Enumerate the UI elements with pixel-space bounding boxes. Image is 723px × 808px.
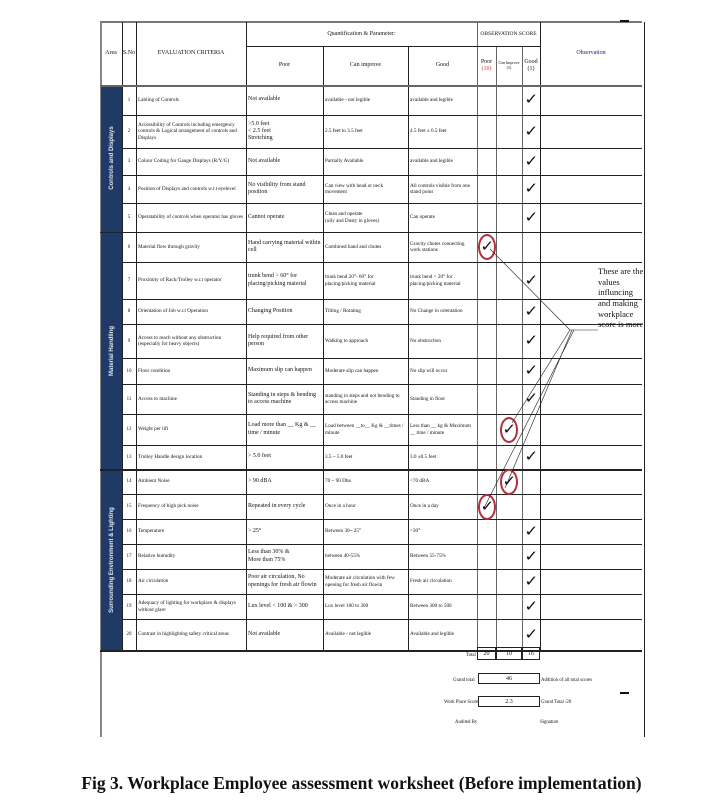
row-can-improve-value: trunk bend 20°- 60° for placing/picking … [323,262,408,299]
row-good-value: 3.0 ±0.5 feet [408,445,477,469]
row-criteria: Position of Displays and controls w.r.t … [136,175,246,203]
checkmark-icon: ✓ [524,92,538,107]
checkmark-icon: ✓ [524,449,538,464]
score-poor-label: Poor [481,59,492,66]
row-sno: 13 [122,445,136,469]
row-criteria: Trolley Handle design location [136,445,246,469]
row-poor-value: trunk bend > 60° for placing/picking mat… [246,262,323,299]
row-good-value: Gravity chutes connecting work stations [408,232,477,262]
highlight-circle [478,234,496,260]
audited-by-label: Audited By [455,720,477,725]
row-sno: 7 [122,262,136,299]
row-good-value: available and legible [408,85,477,115]
area-label-environment: Surrounding Environment & Lighting [109,480,115,640]
row-can-improve-value: Clean and operate (oily and Dusty in glo… [323,203,408,232]
header-score-can: Can Improve (5) [496,46,522,85]
checkmark-icon: ✓ [524,333,538,348]
row-criteria: Frequency of high pick noise [136,494,246,519]
row-can-improve-value: Lux level 100 to 300 [323,594,408,619]
row-poor-value: Maximum slip can happen [246,358,323,384]
row-can-improve-value: Moderate slip can happen [323,358,408,384]
row-sno: 18 [122,569,136,594]
row-sno: 6 [122,232,136,262]
header-score-poor: Poor (10) [477,46,496,85]
row-poor-value: > 25° [246,519,323,544]
checkmark-icon: ✓ [524,273,538,288]
row-poor-value: Changing Position [246,299,323,324]
row-can-improve-value: Combined hand and chutes [323,232,408,262]
row-can-improve-value: Available - not legible [323,619,408,650]
row-criteria: Relative humidity [136,544,246,569]
row-poor-value: Cannot operate [246,203,323,232]
grid-vline [540,22,541,650]
row-sno: 1 [122,85,136,115]
row-poor-value: Help required from other person [246,324,323,358]
row-sno: 10 [122,358,136,384]
row-poor-value: Standing in steps & bending to access ma… [246,384,323,414]
area-label-material: Material Handling [109,301,115,401]
row-good-value: Can operate [408,203,477,232]
row-poor-value: >5.0 feet < 2.5 feet Stretching [246,115,323,148]
checkmark-icon: ✓ [524,210,538,225]
checkmark-icon: ✓ [524,363,538,378]
row-good-value: Fresh air circulation [408,569,477,594]
row-poor-value: > 5.0 feet [246,445,323,469]
highlight-circle [500,469,518,495]
grid-vline [477,22,478,660]
grand-total-label: Grand total [453,678,475,683]
header-good: Good [408,46,477,85]
highlight-circle [500,417,518,443]
checkmark-icon: ✓ [524,524,538,539]
row-sno: 15 [122,494,136,519]
row-good-value: <70 dBA [408,469,477,494]
row-can-improve-value: Load between __to__ Kg & __times / minut… [323,414,408,445]
checkmark-icon: ✓ [524,181,538,196]
header-poor: Poor [246,46,323,85]
total-good: 16 [522,647,540,660]
grand-total-note: Addition of all total scores [541,678,592,683]
row-good-value: No Change in orientation [408,299,477,324]
header-can-improve: Can improve [323,46,408,85]
header-observation: Observation [540,22,642,85]
row-criteria: Orientation of Job w.r.t Operation [136,299,246,324]
row-can-improve-value: Tilting / Rotating [323,299,408,324]
row-can-improve-value: Partially Available [323,148,408,175]
row-poor-value: Hand carrying material within cell [246,232,323,262]
checkmark-icon: ✓ [524,574,538,589]
row-criteria: Contrast in highlighting safety critical… [136,619,246,650]
row-good-value: All controls visible from one stand poin… [408,175,477,203]
grid-hline [246,46,540,47]
figure-caption: Fig 3. Workplace Employee assessment wor… [0,773,723,794]
row-poor-value: Repeated in every cycle [246,494,323,519]
row-criteria: Colour Coding for Gauge Displays (R/Y/G) [136,148,246,175]
row-can-improve-value: 70 ~ 90 Dba [323,469,408,494]
score-good-label: Good [524,59,537,66]
row-sno: 9 [122,324,136,358]
row-good-value: No slip will occur [408,358,477,384]
row-poor-value: > 90 dBA [246,469,323,494]
row-sno: 20 [122,619,136,650]
header-quantification: Quantification & Parameter: [246,22,477,46]
row-good-value: available and legible [408,148,477,175]
row-good-value: Between 300 to 500 [408,594,477,619]
row-can-improve-value: between 40-55% [323,544,408,569]
row-criteria: Adequacy of lighting for workplace & dis… [136,594,246,619]
checkmark-icon: ✓ [524,124,538,139]
annotation-note: These are the values influncing and maki… [598,266,646,330]
row-poor-value: Poor air circulation, No openings for fr… [246,569,323,594]
row-criteria: Access to machine [136,384,246,414]
row-can-improve-value: 2.5 feet to 3.5 feet [323,115,408,148]
checkmark-icon: ✓ [524,154,538,169]
grand-total-value: 46 [478,673,540,684]
grid-vline [522,46,523,660]
grid-vline [496,46,497,660]
score-can-points: (5) [507,66,512,70]
total-label: Total [466,653,476,658]
row-poor-value: Not available [246,85,323,115]
row-sno: 14 [122,469,136,494]
checkmark-icon: ✓ [524,391,538,406]
total-poor: 20 [477,647,496,660]
checkmark-icon: ✓ [524,304,538,319]
page-mark-top [620,20,629,22]
checkmark-icon: ✓ [524,627,538,642]
checkmark-icon: ✓ [524,599,538,614]
row-poor-value: No visibility from stand position [246,175,323,203]
checkmark-icon: ✓ [524,549,538,564]
row-good-value: Standing in floor [408,384,477,414]
row-can-improve-value: Walking to approach [323,324,408,358]
row-criteria: Air circulation [136,569,246,594]
page-mark-bottom [620,692,629,694]
row-criteria: Floor condition [136,358,246,384]
score-poor-points: (10) [482,66,492,73]
workplace-score-note: Grand Total /20 [541,700,571,705]
row-sno: 16 [122,519,136,544]
total-can-improve: 10 [496,647,522,660]
row-criteria: Weight per lift [136,414,246,445]
row-good-value: No obstruction [408,324,477,358]
row-sno: 3 [122,148,136,175]
row-good-value: Less than __ kg & Maximum __ time / minu… [408,414,477,445]
header-score-good: Good (1) [522,46,540,85]
header-area: Area [100,22,122,85]
area-label-controls: Controls and Displays [109,108,115,208]
row-sno: 11 [122,384,136,414]
row-can-improve-value: Moderate air circulation with few openin… [323,569,408,594]
row-criteria: Material flow through gravity [136,232,246,262]
row-can-improve-value: Once in a hour [323,494,408,519]
row-sno: 12 [122,414,136,445]
row-criteria: Accessibility of Controls including emer… [136,115,246,148]
row-sno: 4 [122,175,136,203]
row-criteria: Access to reach without any obstruction … [136,324,246,358]
row-poor-value: Load more than __ Kg & __ time / minute [246,414,323,445]
row-good-value: Once in a day [408,494,477,519]
row-criteria: Operatability of controls when operator … [136,203,246,232]
row-poor-value: Not available [246,148,323,175]
row-can-improve-value: 3.5 ~ 5.0 feet [323,445,408,469]
row-criteria: Proximity of Rack/Trolley w.r.t operator [136,262,246,299]
row-can-improve-value: available - not legible [323,85,408,115]
row-poor-value: Less than 30% & More than 75% [246,544,323,569]
grid-hline [100,650,642,652]
signature-label: Signature [540,720,558,725]
header-sno: S.No [122,22,136,85]
row-good-value: <30° [408,519,477,544]
row-good-value: Available and legible [408,619,477,650]
workplace-score-value: 2.3 [478,696,540,707]
row-good-value: Between 55-75% [408,544,477,569]
row-criteria: Labling of Controls [136,85,246,115]
row-poor-value: Lux level < 100 & > 300 [246,594,323,619]
row-poor-value: Not available [246,619,323,650]
row-good-value: trunk bend < 20° for placing/picking mat… [408,262,477,299]
row-criteria: Ambient Noise [136,469,246,494]
row-can-improve-value: Between 30~ 25° [323,519,408,544]
header-criteria: EVALUATION CRITERIA [136,22,246,85]
row-can-improve-value: Can view with head or neck movement [323,175,408,203]
header-observation-score: OBSERVATION SCORE [477,22,540,46]
row-criteria: Temperature [136,519,246,544]
row-sno: 19 [122,594,136,619]
row-sno: 17 [122,544,136,569]
row-sno: 8 [122,299,136,324]
workplace-score-label: Work Place Score [444,700,478,705]
row-can-improve-value: standing in steps and not bending to acc… [323,384,408,414]
row-good-value: 4.5 feet ± 0.5 feet [408,115,477,148]
row-sno: 2 [122,115,136,148]
score-good-points: (1) [528,66,535,73]
row-sno: 5 [122,203,136,232]
highlight-circle [478,494,496,520]
